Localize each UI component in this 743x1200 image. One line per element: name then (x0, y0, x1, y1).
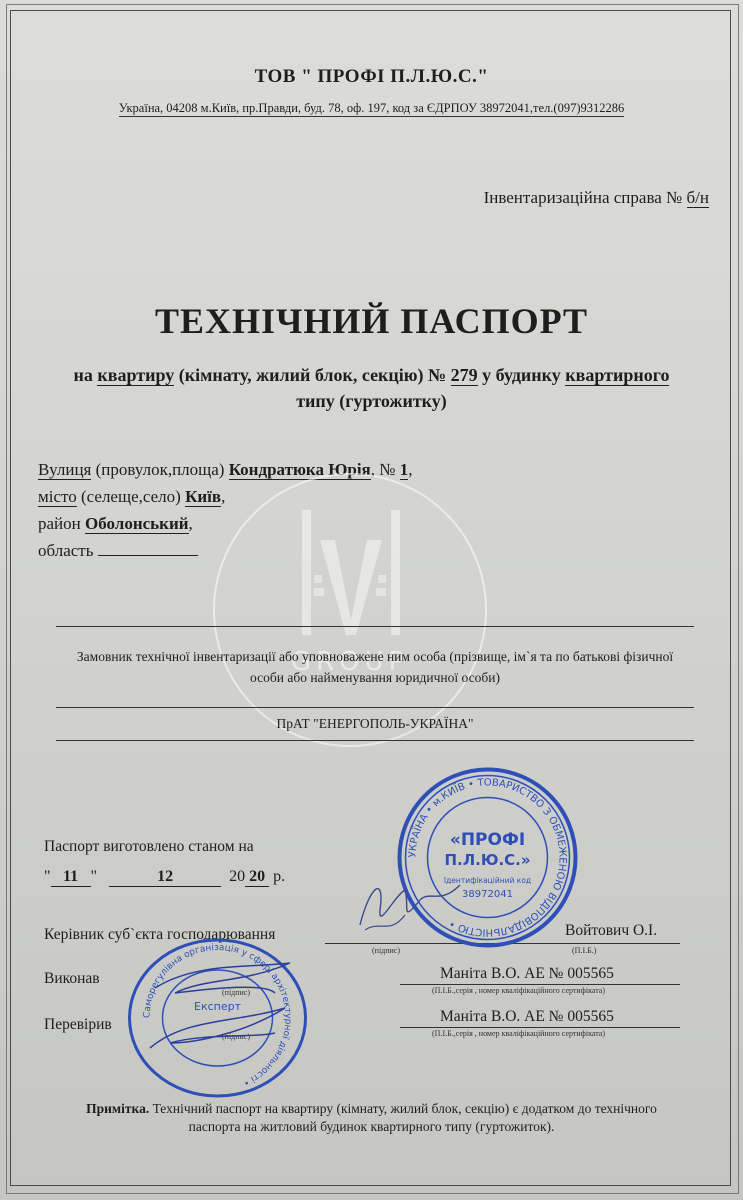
house-number: 1 (400, 460, 409, 480)
company-name: ТОВ " ПРОФІ П.Л.Ю.С." (0, 66, 743, 88)
address-block: Вулиця (провулок,площа) Кондратюка Юрія,… (38, 456, 412, 564)
checked-name: Маніта В.О. АЕ № 005565 (440, 1008, 614, 1026)
date-day: 11 (51, 868, 91, 887)
city-value: Київ (185, 487, 221, 507)
street-line: Вулиця (провулок,площа) Кондратюка Юрія,… (38, 456, 412, 483)
head-name: Войтович О.І. (565, 922, 657, 940)
customer-label: Замовник технічної інвентаризації або уп… (56, 627, 694, 708)
executed-label: Виконав (44, 970, 100, 988)
passport-date: "11" 12 2020 р. (44, 868, 285, 887)
building-type: квартирного (565, 365, 669, 386)
district-line: район Оболонський, (38, 510, 412, 537)
apartment-number: 279 (451, 365, 478, 386)
passport-date-label: Паспорт виготовлено станом на (44, 838, 254, 856)
document-page: ТОВ " ПРОФІ П.Л.Ю.С." Україна, 04208 м.К… (0, 0, 743, 1200)
company-address: Україна, 04208 м.Київ, пр.Правди, буд. 7… (0, 101, 743, 116)
object-type: квартиру (97, 365, 174, 386)
document-title: ТЕХНІЧНИЙ ПАСПОРТ (0, 300, 743, 342)
city-line: місто (селеще,село) Київ, (38, 483, 412, 510)
customer-value: ПрАТ "ЕНЕРГОПОЛЬ-УКРАЇНА" (56, 708, 694, 741)
head-label: Керівник суб`єкта господарювання (44, 926, 275, 944)
customer-table: Замовник технічної інвентаризації або уп… (56, 626, 694, 741)
inventory-case-number: б/н (687, 188, 709, 208)
district-value: Оболонський (85, 514, 189, 534)
executed-name: Маніта В.О. АЕ № 005565 (440, 965, 614, 983)
inner-frame (10, 10, 731, 1186)
street-value: Кондратюка Юрія (229, 460, 371, 480)
region-value (98, 541, 198, 556)
date-month: 12 (109, 868, 221, 887)
inventory-case-label: Інвентаризаційна справа № (484, 188, 683, 207)
checked-label: Перевірив (44, 1016, 112, 1034)
region-line: область (38, 537, 412, 564)
note-label: Примітка. (86, 1101, 149, 1116)
inventory-case: Інвентаризаційна справа № б/н (484, 188, 709, 208)
document-subtitle: на квартиру (кімнату, жилий блок, секцію… (0, 362, 743, 414)
date-year: 20 (245, 868, 269, 887)
head-signature-line (325, 943, 680, 944)
note: Примітка. Технічний паспорт на квартиру … (0, 1100, 743, 1136)
